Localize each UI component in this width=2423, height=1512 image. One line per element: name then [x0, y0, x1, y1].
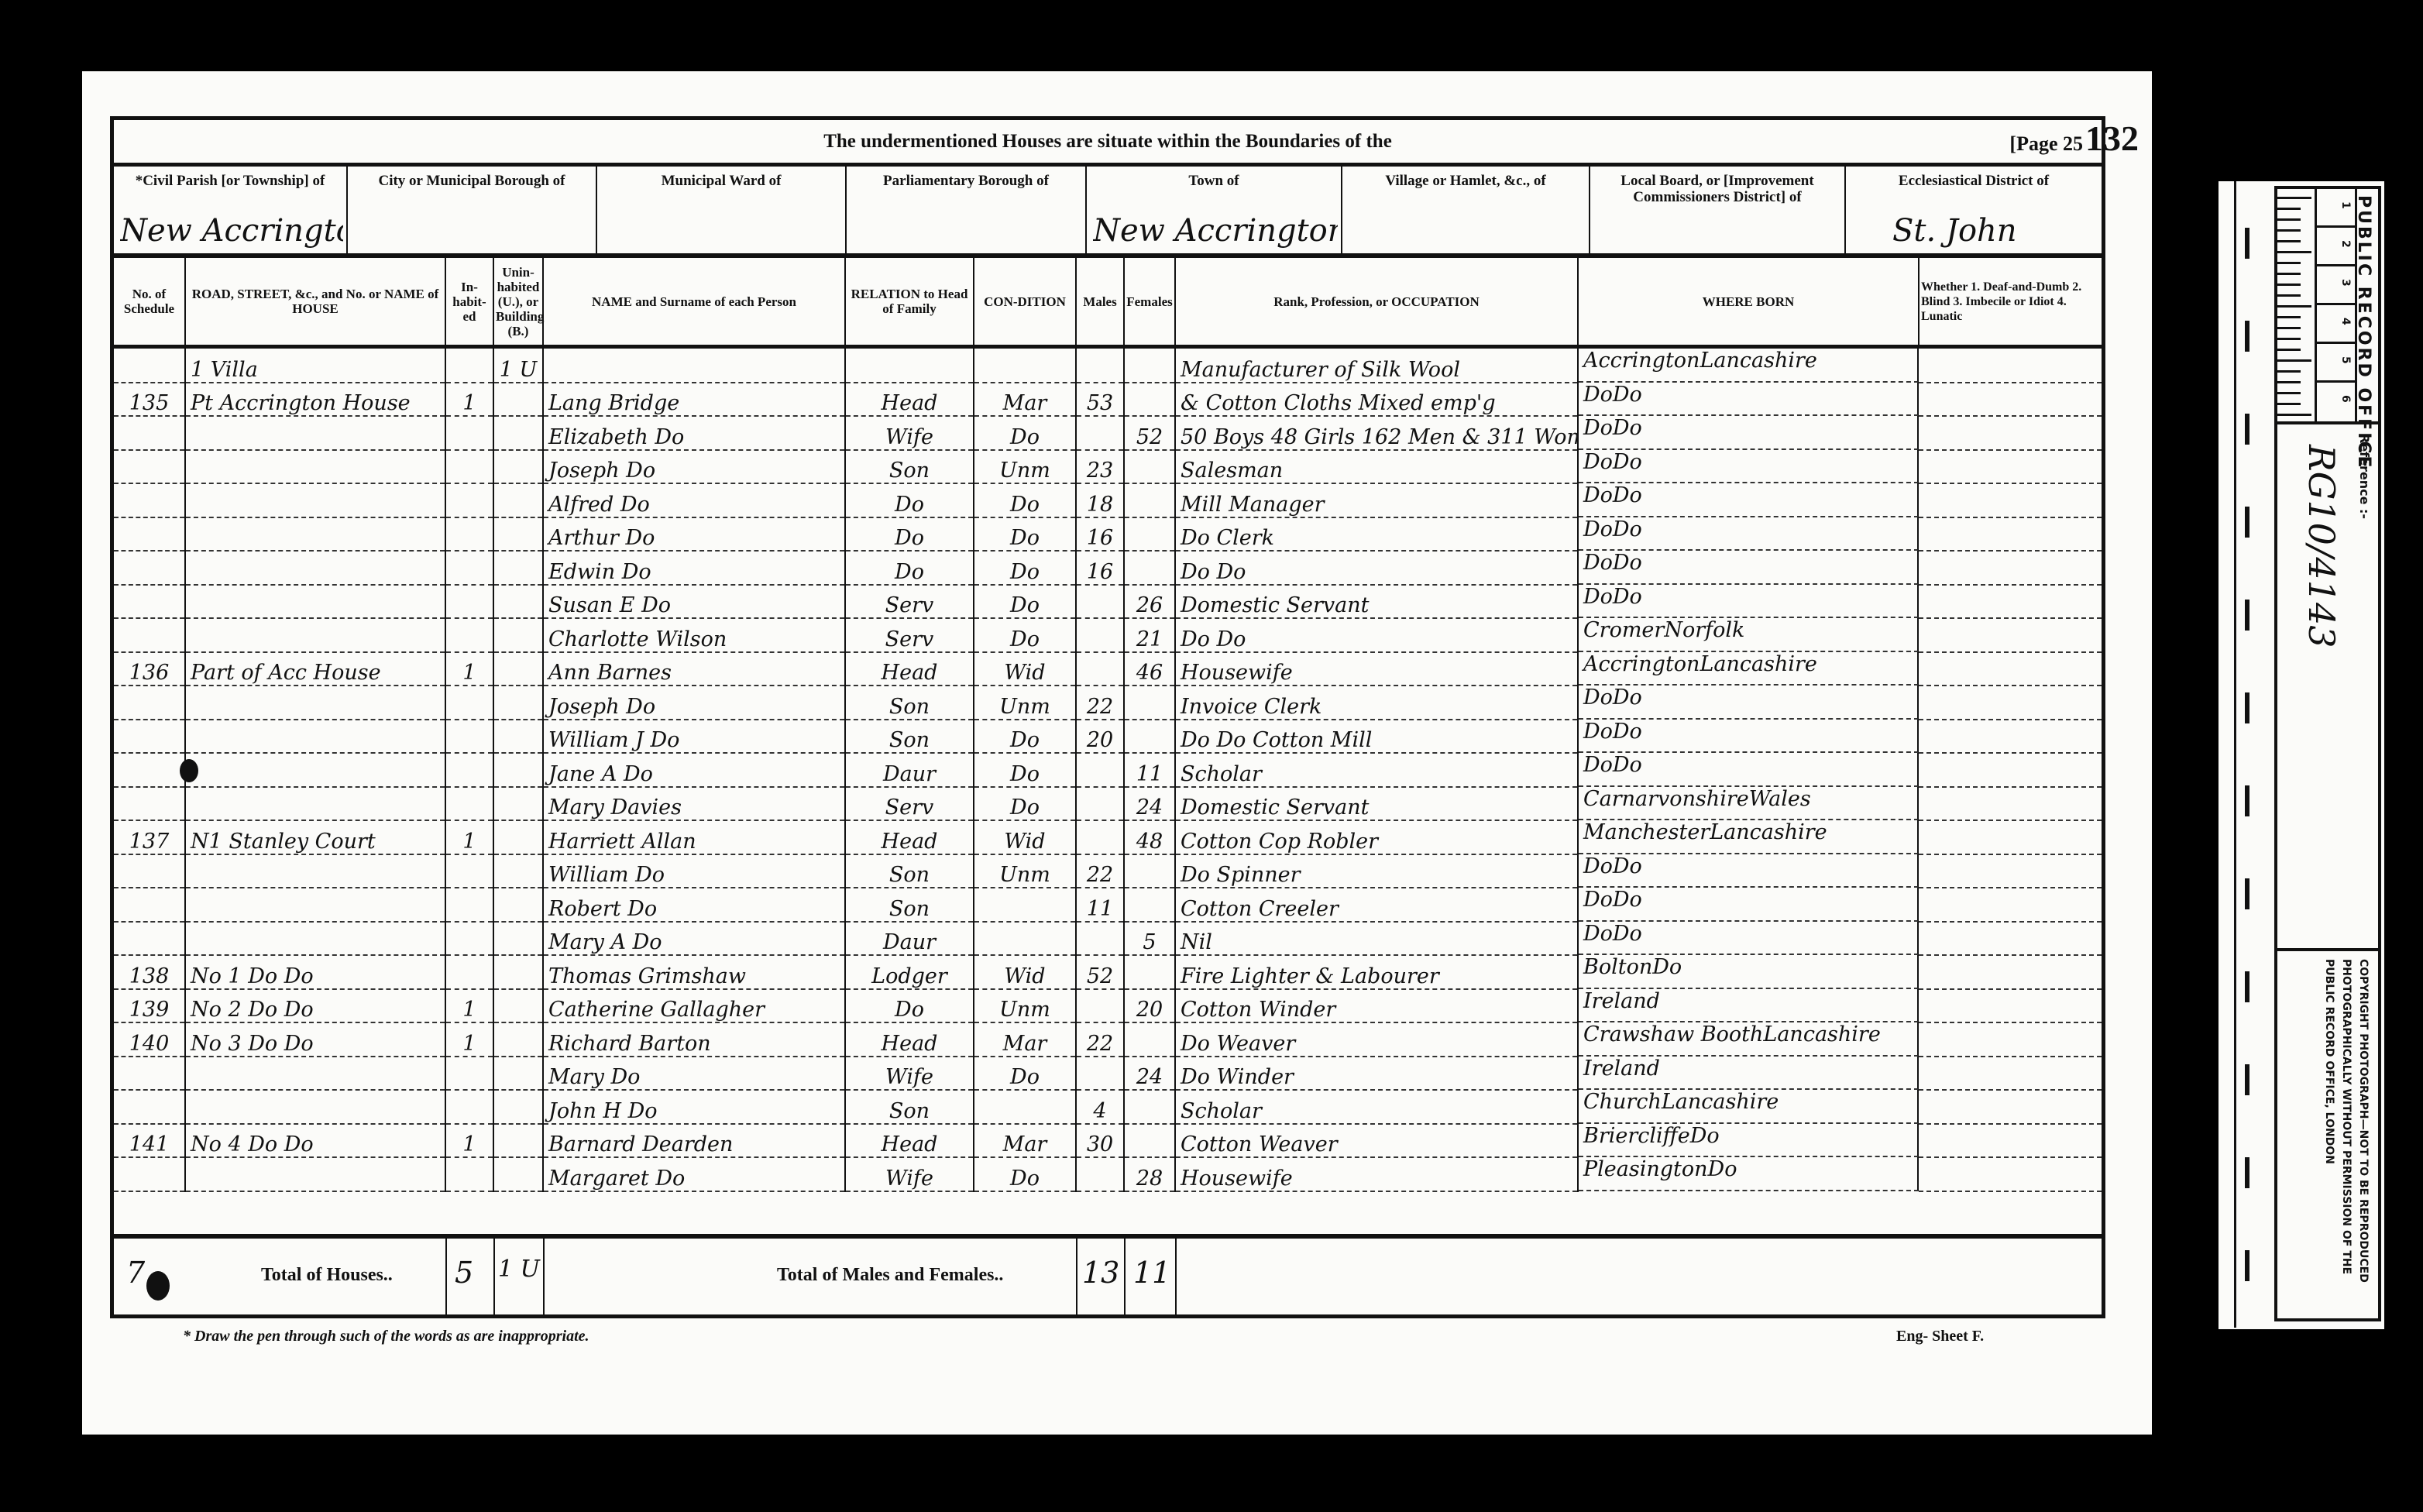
table-row: Edwin DoDoDo16Do DoDoDo [114, 551, 2102, 585]
where-born-cell: DoDo [1579, 551, 1919, 585]
birth-place: Do [1583, 888, 1613, 920]
relation-cell [845, 347, 974, 383]
male-age-cell [1076, 585, 1124, 619]
total-persons-label: Total of Males and Females.. [777, 1265, 1003, 1286]
inhabited-count-cell [445, 347, 493, 383]
table-row: Alfred DoDoDo18Mill ManagerDoDo [114, 483, 2102, 517]
male-age-cell: 22 [1076, 1022, 1124, 1057]
birth-county: Do [1690, 1124, 1720, 1156]
female-age-cell [1124, 347, 1175, 383]
municipal-borough-field: City or Municipal Borough of [348, 167, 597, 253]
birth-place: Bolton [1583, 955, 1652, 988]
inhabited-count-cell [445, 955, 493, 989]
uninhabited-count-cell [493, 955, 543, 989]
infirmity-cell [1919, 347, 2102, 383]
village-field: Village or Hamlet, &c., of [1342, 167, 1590, 253]
person-name-cell: Jane A Do [543, 753, 845, 787]
female-age-cell [1124, 955, 1175, 989]
table-row: Mary DaviesServDo24Domestic ServantCarna… [114, 787, 2102, 821]
inhabited-count-cell [445, 450, 493, 484]
occupation-cell: Do Do [1175, 618, 1578, 652]
col-schedule: No. of Schedule [114, 258, 185, 347]
schedule-number-cell: 135 [114, 383, 185, 417]
male-age-cell: 18 [1076, 483, 1124, 517]
birth-county: Do [1613, 416, 1642, 448]
table-row: William J DoSonDo20Do Do Cotton MillDoDo [114, 720, 2102, 754]
occupation-cell: Do Do Cotton Mill [1175, 720, 1578, 754]
occupation-cell: Do Winder [1175, 1057, 1578, 1091]
where-born-cell: DoDo [1579, 686, 1919, 720]
uninhabited-count-cell [493, 686, 543, 720]
schedule-number-cell [114, 618, 185, 652]
schedule-number-cell [114, 888, 185, 922]
relation-cell: Son [845, 888, 974, 922]
where-born-cell: ManchesterLancashire [1579, 820, 1919, 854]
condition-cell: Do [974, 1157, 1076, 1191]
inhabited-count-cell: 1 [445, 1022, 493, 1057]
female-age-cell: 24 [1124, 787, 1175, 821]
schedule-number-cell [114, 686, 185, 720]
occupation-cell: Manufacturer of Silk Wool [1175, 347, 1578, 383]
female-age-cell: 48 [1124, 820, 1175, 854]
inhabited-count-cell: 1 [445, 652, 493, 686]
address-cell [185, 450, 445, 484]
male-age-cell: 52 [1076, 955, 1124, 989]
uninhabited-count-cell [493, 854, 543, 888]
birth-place: Do [1583, 585, 1613, 617]
relation-cell: Son [845, 1090, 974, 1124]
uninhabited-count-cell [493, 618, 543, 652]
where-born-cell: DoDo [1579, 854, 1919, 888]
female-age-cell [1124, 720, 1175, 754]
birth-place: Ireland [1583, 989, 1660, 1022]
relation-cell: Son [845, 854, 974, 888]
female-age-cell: 28 [1124, 1157, 1175, 1191]
total-females: 11 [1133, 1256, 1170, 1290]
inhabited-count-cell [445, 416, 493, 450]
birth-place: Do [1583, 517, 1613, 550]
schedule-number-cell: 139 [114, 989, 185, 1023]
relation-cell: Wife [845, 1057, 974, 1091]
address-cell [185, 1157, 445, 1191]
birth-county: Wales [1749, 787, 1811, 820]
address-cell [185, 922, 445, 956]
female-age-cell [1124, 450, 1175, 484]
pro-title: PUBLIC RECORD OFFICE [2354, 195, 2373, 470]
infirmity-cell [1919, 1157, 2102, 1191]
infirmity-cell [1919, 551, 2102, 585]
birth-county: Do [1613, 720, 1642, 752]
male-age-cell [1076, 1157, 1124, 1191]
relation-cell: Serv [845, 585, 974, 619]
female-age-cell [1124, 854, 1175, 888]
birth-place: Do [1583, 753, 1613, 785]
birth-place: Cromer [1583, 618, 1664, 651]
condition-cell: Unm [974, 989, 1076, 1023]
infirmity-cell [1919, 787, 2102, 821]
address-cell [185, 551, 445, 585]
where-born-cell: DoDo [1579, 517, 1919, 552]
occupation-cell: 50 Boys 48 Girls 162 Men & 311 Women [1175, 416, 1578, 450]
person-name-cell: Harriett Allan [543, 820, 845, 854]
total-uninhabited: 1 U [498, 1256, 540, 1283]
condition-cell [974, 888, 1076, 922]
schedule-number-cell: 136 [114, 652, 185, 686]
birth-county: Do [1708, 1157, 1737, 1190]
address-cell [185, 483, 445, 517]
relation-cell: Head [845, 820, 974, 854]
where-born-cell: DoDo [1579, 483, 1919, 517]
person-name-cell: Susan E Do [543, 585, 845, 619]
address-cell [185, 585, 445, 619]
condition-cell: Do [974, 787, 1076, 821]
census-rows: 1 Villa1 UManufacturer of Silk WoolAccri… [114, 347, 2102, 1191]
person-name-cell: Margaret Do [543, 1157, 845, 1191]
person-name-cell: Charlotte Wilson [543, 618, 845, 652]
birth-place: Do [1583, 922, 1613, 954]
condition-cell: Do [974, 517, 1076, 552]
relation-cell: Daur [845, 922, 974, 956]
table-row: John H DoSon4ScholarChurchLancashire [114, 1090, 2102, 1124]
male-age-cell [1076, 347, 1124, 383]
schedule-number-cell [114, 450, 185, 484]
address-cell [185, 753, 445, 787]
where-born-cell: DoDo [1579, 450, 1919, 484]
condition-cell: Do [974, 720, 1076, 754]
birth-place: Manchester [1583, 820, 1710, 853]
where-born-cell: DoDo [1579, 383, 1919, 417]
infirmity-cell [1919, 854, 2102, 888]
birth-place: Do [1583, 854, 1613, 887]
public-record-office-strip: 1 2 3 4 5 6 PUBLIC RECORD OFFICE Referen… [2219, 181, 2384, 1329]
where-born-cell: DoDo [1579, 753, 1919, 787]
person-name-cell: Mary A Do [543, 922, 845, 956]
relation-cell: Daur [845, 753, 974, 787]
occupation-cell: Scholar [1175, 1090, 1578, 1124]
male-age-cell: 16 [1076, 517, 1124, 552]
birth-county: Do [1613, 753, 1642, 785]
relation-cell: Do [845, 551, 974, 585]
person-name-cell: Joseph Do [543, 450, 845, 484]
birth-county: Do [1613, 854, 1642, 887]
schedule-number-cell [114, 347, 185, 383]
address-cell: No 2 Do Do [185, 989, 445, 1023]
address-cell [185, 1057, 445, 1091]
occupation-cell: Cotton Winder [1175, 989, 1578, 1023]
inhabited-count-cell [445, 888, 493, 922]
female-age-cell [1124, 1124, 1175, 1158]
schedule-number-cell [114, 720, 185, 754]
relation-cell: Lodger [845, 955, 974, 989]
birth-place: Carnarvonshire [1583, 787, 1749, 820]
infirmity-cell [1919, 686, 2102, 720]
occupation-cell: Do Spinner [1175, 854, 1578, 888]
person-name-cell: Elizabeth Do [543, 416, 845, 450]
occupation-cell: & Cotton Cloths Mixed emp'g [1175, 383, 1578, 417]
inhabited-count-cell: 1 [445, 989, 493, 1023]
relation-cell: Serv [845, 618, 974, 652]
female-age-cell: 46 [1124, 652, 1175, 686]
form-identifier: Eng- Sheet F. [1896, 1328, 1984, 1345]
schedule-number-cell [114, 1157, 185, 1191]
schedule-number-cell [114, 416, 185, 450]
relation-cell: Do [845, 517, 974, 552]
male-age-cell: 22 [1076, 686, 1124, 720]
address-cell [185, 618, 445, 652]
relation-cell: Wife [845, 416, 974, 450]
uninhabited-count-cell [493, 1090, 543, 1124]
birth-place: Crawshaw Booth [1583, 1022, 1763, 1055]
person-name-cell: Mary Do [543, 1057, 845, 1091]
address-cell: No 3 Do Do [185, 1022, 445, 1057]
uninhabited-count-cell [493, 450, 543, 484]
uninhabited-count-cell [493, 416, 543, 450]
inhabited-count-cell [445, 1090, 493, 1124]
schedule-number-cell [114, 585, 185, 619]
table-row: 136Part of Acc House1Ann BarnesHeadWid46… [114, 652, 2102, 686]
birth-county: Do [1613, 450, 1642, 483]
occupation-cell: Domestic Servant [1175, 787, 1578, 821]
inhabited-count-cell [445, 1057, 493, 1091]
male-age-cell [1076, 787, 1124, 821]
table-row: 138No 1 Do DoThomas GrimshawLodgerWid52F… [114, 955, 2102, 989]
col-infirmity: Whether 1. Deaf-and-Dumb 2. Blind 3. Imb… [1919, 258, 2102, 347]
schedule-number-cell: 137 [114, 820, 185, 854]
where-born-cell: ChurchLancashire [1579, 1090, 1919, 1124]
inhabited-count-cell [445, 854, 493, 888]
uninhabited-count-cell [493, 787, 543, 821]
table-row: William DoSonUnm22Do SpinnerDoDo [114, 854, 2102, 888]
relation-cell: Head [845, 652, 974, 686]
person-name-cell: Barnard Dearden [543, 1124, 845, 1158]
relation-cell: Do [845, 483, 974, 517]
male-age-cell: 22 [1076, 854, 1124, 888]
occupation-cell: Do Weaver [1175, 1022, 1578, 1057]
table-row: 1 Villa1 UManufacturer of Silk WoolAccri… [114, 347, 2102, 383]
table-row: Mary DoWifeDo24Do WinderIreland [114, 1057, 2102, 1091]
inhabited-count-cell [445, 787, 493, 821]
col-address: ROAD, STREET, &c., and No. or NAME of HO… [185, 258, 445, 347]
relation-cell: Son [845, 720, 974, 754]
birth-place: Do [1583, 483, 1613, 516]
margin-mark: 7 [126, 1256, 145, 1290]
address-cell [185, 686, 445, 720]
birth-county: Do [1613, 888, 1642, 920]
inhabited-count-cell: 1 [445, 820, 493, 854]
birth-place: Accrington [1583, 652, 1700, 685]
condition-cell [974, 347, 1076, 383]
table-row: Joseph DoSonUnm22Invoice ClerkDoDo [114, 686, 2102, 720]
occupation-cell: Nil [1175, 922, 1578, 956]
table-row: 139No 2 Do Do1Catherine GallagherDoUnm20… [114, 989, 2102, 1023]
inhabited-count-cell [445, 483, 493, 517]
female-age-cell [1124, 686, 1175, 720]
occupation-cell: Cotton Weaver [1175, 1124, 1578, 1158]
infirmity-cell [1919, 820, 2102, 854]
total-inhabited: 5 [455, 1256, 473, 1290]
scale-ruler [2277, 189, 2317, 421]
relation-cell: Serv [845, 787, 974, 821]
person-name-cell: Catherine Gallagher [543, 989, 845, 1023]
col-inhabited: In-habit-ed [445, 258, 493, 347]
where-born-cell: CromerNorfolk [1579, 618, 1919, 652]
uninhabited-count-cell [493, 585, 543, 619]
where-born-cell: DoDo [1579, 888, 1919, 922]
address-cell [185, 1090, 445, 1124]
where-born-cell: DoDo [1579, 585, 1919, 619]
uninhabited-count-cell [493, 1057, 543, 1091]
col-condition: CON-DITION [974, 258, 1076, 347]
address-cell: Pt Accrington House [185, 383, 445, 417]
person-name-cell: Mary Davies [543, 787, 845, 821]
relation-cell: Head [845, 1124, 974, 1158]
birth-county: Do [1613, 686, 1642, 718]
person-name-cell: Edwin Do [543, 551, 845, 585]
male-age-cell: 53 [1076, 383, 1124, 417]
table-row: 137N1 Stanley Court1Harriett AllanHeadWi… [114, 820, 2102, 854]
table-row: Charlotte WilsonServDo21Do DoCromerNorfo… [114, 618, 2102, 652]
male-age-cell: 23 [1076, 450, 1124, 484]
schedule-number-cell [114, 787, 185, 821]
page-number: [Page 25 [2009, 132, 2083, 156]
uninhabited-count-cell [493, 551, 543, 585]
birth-county: Lancashire [1710, 820, 1827, 853]
male-age-cell: 30 [1076, 1124, 1124, 1158]
birth-place: Accrington [1583, 349, 1700, 381]
address-cell: N1 Stanley Court [185, 820, 445, 854]
occupation-cell: Housewife [1175, 652, 1578, 686]
town-field: Town of New Accrington [1087, 167, 1342, 253]
address-cell [185, 888, 445, 922]
infirmity-cell [1919, 383, 2102, 417]
schedule-number-cell [114, 1057, 185, 1091]
condition-cell: Wid [974, 955, 1076, 989]
where-born-cell: BriercliffeDo [1579, 1124, 1919, 1158]
birth-place: Do [1583, 416, 1613, 448]
schedule-number-cell [114, 483, 185, 517]
person-name-cell: William Do [543, 854, 845, 888]
address-cell [185, 517, 445, 552]
uninhabited-count-cell [493, 720, 543, 754]
where-born-cell: DoDo [1579, 720, 1919, 754]
schedule-number-cell: 138 [114, 955, 185, 989]
uninhabited-count-cell [493, 1124, 543, 1158]
infirmity-cell [1919, 1022, 2102, 1057]
inhabited-count-cell [445, 1157, 493, 1191]
female-age-cell [1124, 1022, 1175, 1057]
person-name-cell: Alfred Do [543, 483, 845, 517]
address-cell [185, 854, 445, 888]
table-row: Arthur DoDoDo16Do ClerkDoDo [114, 517, 2102, 552]
inhabited-count-cell: 1 [445, 1124, 493, 1158]
infirmity-cell [1919, 989, 2102, 1023]
relation-cell: Head [845, 1022, 974, 1057]
footnote: * Draw the pen through such of the words… [183, 1328, 589, 1345]
total-males: 13 [1082, 1256, 1119, 1290]
address-cell: 1 Villa [185, 347, 445, 383]
table-row: Robert DoSon11Cotton CreelerDoDo [114, 888, 2102, 922]
schedule-number-cell: 140 [114, 1022, 185, 1057]
condition-cell: Do [974, 753, 1076, 787]
birth-place: Do [1583, 551, 1613, 583]
table-row: Susan E DoServDo26Domestic ServantDoDo [114, 585, 2102, 619]
uninhabited-count-cell [493, 652, 543, 686]
condition-cell: Do [974, 1057, 1076, 1091]
occupation-cell: Do Do [1175, 551, 1578, 585]
inhabited-count-cell [445, 585, 493, 619]
condition-cell: Unm [974, 686, 1076, 720]
schedule-number-cell [114, 922, 185, 956]
form-title-bar: The undermentioned Houses are situate wi… [114, 120, 2102, 167]
infirmity-cell [1919, 652, 2102, 686]
infirmity-cell [1919, 618, 2102, 652]
total-houses-label: Total of Houses.. [261, 1265, 393, 1286]
condition-cell: Wid [974, 820, 1076, 854]
address-cell [185, 787, 445, 821]
birth-place: Pleasington [1583, 1157, 1708, 1190]
infirmity-cell [1919, 1090, 2102, 1124]
where-born-cell: PleasingtonDo [1579, 1157, 1919, 1191]
condition-cell: Mar [974, 1124, 1076, 1158]
male-age-cell [1076, 416, 1124, 450]
person-name-cell: Richard Barton [543, 1022, 845, 1057]
infirmity-cell [1919, 888, 2102, 922]
table-row: 141No 4 Do Do1Barnard DeardenHeadMar30Co… [114, 1124, 2102, 1158]
relation-cell: Wife [845, 1157, 974, 1191]
table-row: Joseph DoSonUnm23SalesmanDoDo [114, 450, 2102, 484]
where-born-cell: DoDo [1579, 416, 1919, 450]
birth-county: Do [1613, 922, 1642, 954]
infirmity-cell [1919, 1124, 2102, 1158]
male-age-cell [1076, 618, 1124, 652]
female-age-cell [1124, 888, 1175, 922]
person-name-cell: Thomas Grimshaw [543, 955, 845, 989]
male-age-cell: 16 [1076, 551, 1124, 585]
female-age-cell [1124, 517, 1175, 552]
birth-place: Do [1583, 720, 1613, 752]
col-females: Females [1124, 258, 1175, 347]
person-name-cell: Robert Do [543, 888, 845, 922]
female-age-cell: 11 [1124, 753, 1175, 787]
birth-county: Do [1652, 955, 1682, 988]
occupation-cell: Cotton Cop Robler [1175, 820, 1578, 854]
infirmity-cell [1919, 922, 2102, 956]
schedule-number-cell: 141 [114, 1124, 185, 1158]
male-age-cell [1076, 753, 1124, 787]
col-relation: RELATION to Head of Family [845, 258, 974, 347]
infirmity-cell [1919, 416, 2102, 450]
condition-cell: Mar [974, 383, 1076, 417]
birth-county: Lancashire [1700, 349, 1816, 381]
table-row: Jane A DoDaurDo11ScholarDoDo [114, 753, 2102, 787]
col-uninhabited: Unin-habited (U.), or Building (B.) [493, 258, 543, 347]
uninhabited-count-cell [493, 888, 543, 922]
inhabited-count-cell [445, 551, 493, 585]
table-row: 135Pt Accrington House1Lang BridgeHeadMa… [114, 383, 2102, 417]
male-age-cell [1076, 820, 1124, 854]
municipal-ward-field: Municipal Ward of [597, 167, 847, 253]
infirmity-cell [1919, 955, 2102, 989]
birth-place: Church [1583, 1090, 1662, 1122]
male-age-cell: 4 [1076, 1090, 1124, 1124]
condition-cell: Unm [974, 450, 1076, 484]
person-name-cell: Joseph Do [543, 686, 845, 720]
birth-place: Ireland [1583, 1057, 1660, 1089]
occupation-cell: Invoice Clerk [1175, 686, 1578, 720]
ink-blot [146, 1271, 170, 1301]
uninhabited-count-cell [493, 1022, 543, 1057]
where-born-cell: Ireland [1579, 1057, 1919, 1091]
